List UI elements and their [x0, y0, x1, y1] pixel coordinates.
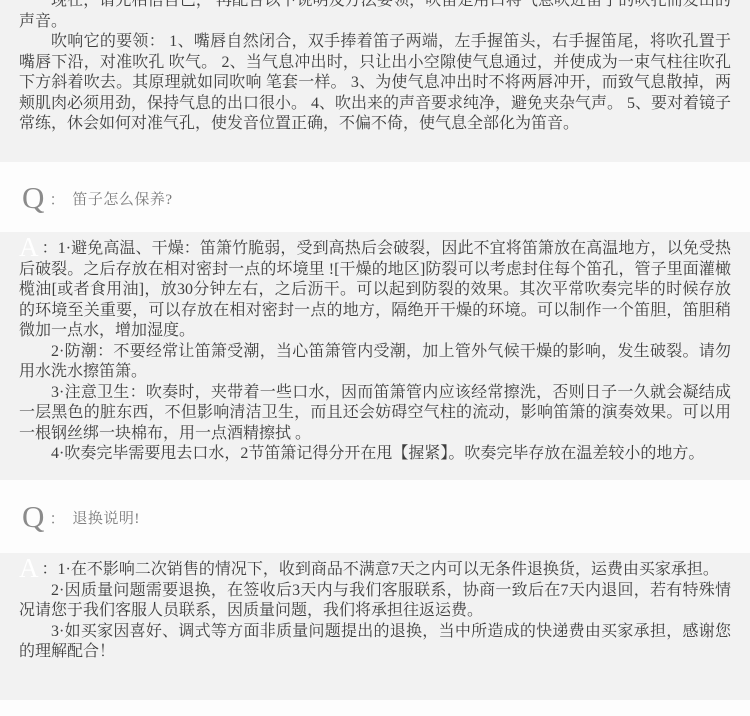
bottom-spacer — [0, 700, 750, 716]
answer-paragraph: 2·因质量问题需要退换，在签收后3天内与我们客服联系，协商一致后在7天内退回，若… — [19, 581, 731, 622]
question-text: 笛子怎么保养? — [72, 188, 172, 209]
product-faq-page: 现在，请先相信自己， 再配合以下说明及方法要领，吹笛是用口将气息吹近笛子的吹孔而… — [0, 0, 750, 716]
answer-text: 1·在不影响二次销售的情况下，收到商品不满意7天之内可以无条件退换货，运费由买家… — [58, 561, 719, 578]
answer-paragraph: 3·注意卫生：吹奏时，夹带着一些口水，因而笛箫管内应该经常擦洗，否则日子一久就会… — [19, 383, 731, 445]
question-colon: ： — [49, 187, 65, 210]
answer-section-maintenance: A：1·避免高温、干燥：笛箫竹脆弱，受到高热后会破裂，因此不宜将笛箫放在高温地方… — [0, 232, 750, 480]
answer-text: 1·避免高温、干燥：笛箫竹脆弱，受到高热后会破裂，因此不宜将笛箫放在高温地方，以… — [19, 240, 731, 339]
question-marker: Q — [22, 182, 44, 213]
answer-paragraph: A：1·在不影响二次销售的情况下，收到商品不满意7天之内可以无条件退换货，运费由… — [19, 560, 731, 581]
answer-colon: ： — [42, 561, 58, 578]
intro-paragraph: 吹响它的要领： 1、嘴唇自然闭合，双手捧着笛子两端，左手握笛头，右手握笛尾，将吹… — [19, 32, 731, 135]
answer-marker: A — [19, 553, 39, 583]
question-marker: Q — [22, 501, 44, 532]
answer-colon: ： — [42, 240, 58, 257]
intro-paragraph: 现在，请先相信自己， 再配合以下说明及方法要领，吹笛是用口将气息吹近笛子的吹孔而… — [19, 0, 731, 32]
question-text: 退换说明! — [72, 507, 140, 528]
question-band-maintenance: Q ： 笛子怎么保养? — [0, 162, 750, 232]
question-band-returns: Q ： 退换说明! — [0, 480, 750, 553]
question-colon: ： — [49, 506, 65, 529]
answer-marker: A — [19, 232, 39, 262]
answer-paragraph: 3·如买家因喜好、调式等方面非质量问题提出的退换，当中所造成的快递费由买家承担，… — [19, 622, 731, 663]
intro-section: 现在，请先相信自己， 再配合以下说明及方法要领，吹笛是用口将气息吹近笛子的吹孔而… — [0, 0, 750, 162]
answer-section-returns: A：1·在不影响二次销售的情况下，收到商品不满意7天之内可以无条件退换货，运费由… — [0, 553, 750, 700]
answer-paragraph: 4·吹奏完毕需要甩去口水，2节笛箫记得分开在甩【握紧】。吹奏完毕存放在温差较小的… — [19, 444, 731, 465]
answer-paragraph: 2·防潮：不要经常让笛箫受潮，当心笛箫管内受潮，加上管外气候干燥的影响，发生破裂… — [19, 342, 731, 383]
answer-paragraph: A：1·避免高温、干燥：笛箫竹脆弱，受到高热后会破裂，因此不宜将笛箫放在高温地方… — [19, 239, 731, 342]
